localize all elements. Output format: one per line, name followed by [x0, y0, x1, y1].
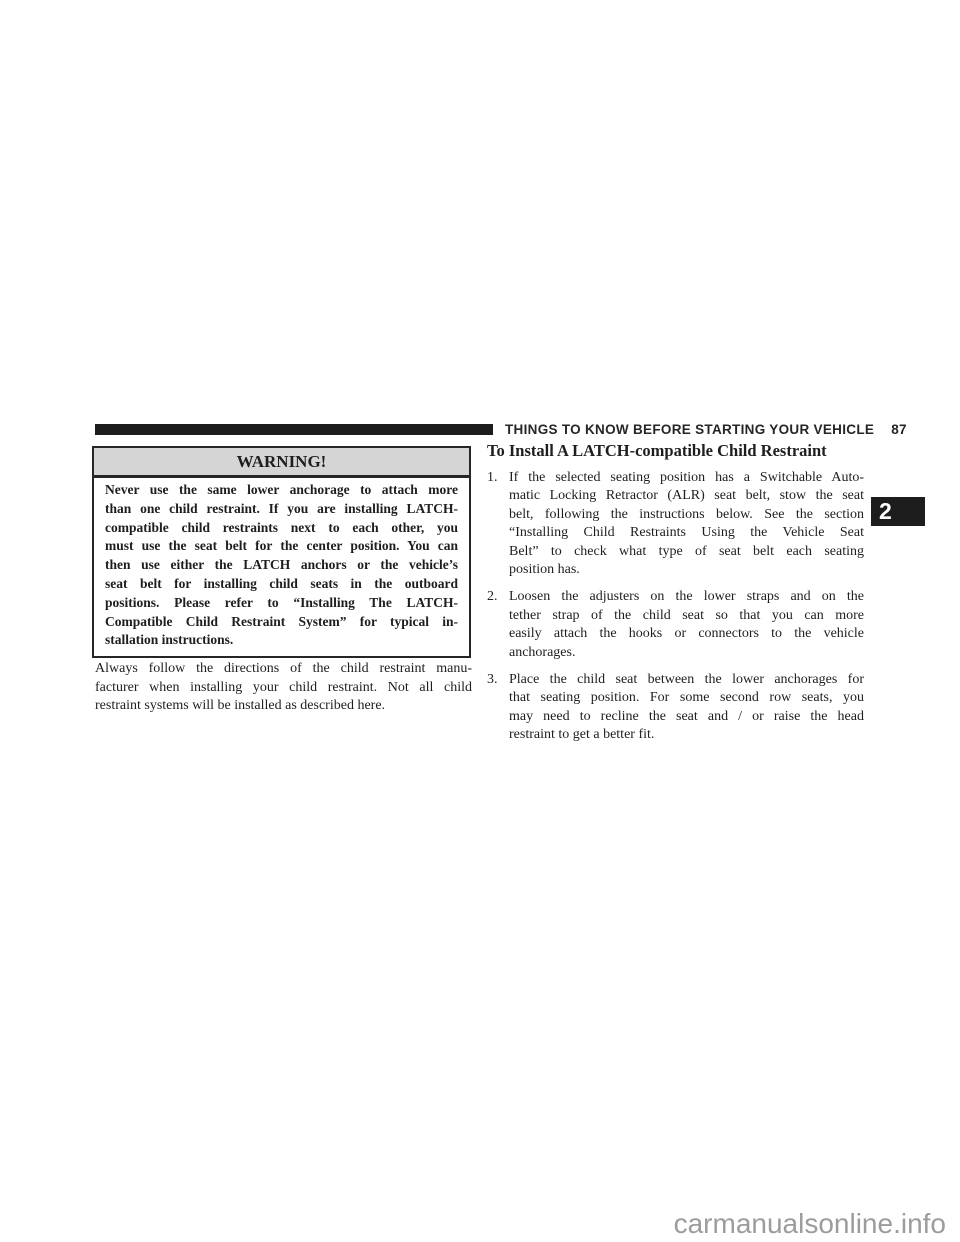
- note-text-line: Always follow the directions of the chil…: [95, 660, 472, 679]
- step-text: Place the child seat between the lower a…: [509, 671, 864, 745]
- warning-box: WARNING! Never use the same lower anchor…: [92, 446, 471, 658]
- step-text-line: Loosen the adjusters on the lower straps…: [509, 588, 864, 606]
- step-text-line: restraint to get a better fit.: [509, 726, 864, 744]
- step-text-line: Belt” to check what type of seat belt ea…: [509, 543, 864, 561]
- note-paragraph: Always follow the directions of the chil…: [95, 660, 472, 716]
- step-text-line: Place the child seat between the lower a…: [509, 671, 864, 689]
- step-text: If the selected seating position has a S…: [509, 469, 864, 579]
- step-text-line: that seating position. For some second r…: [509, 689, 864, 707]
- warning-text-line: stallation instructions.: [105, 631, 458, 650]
- step-number: 2.: [487, 588, 509, 662]
- step-1: 1. If the selected seating position has …: [487, 469, 864, 579]
- step-text-line: position has.: [509, 561, 864, 579]
- watermark-text: carmanualsonline.info: [674, 1208, 946, 1240]
- warning-text-line: than one child restraint. If you are ins…: [105, 500, 458, 519]
- step-text: Loosen the adjusters on the lower straps…: [509, 588, 864, 662]
- warning-text-line: seat belt for installing child seats in …: [105, 575, 458, 594]
- warning-text-line: Compatible Child Restraint System” for t…: [105, 613, 458, 632]
- warning-title: WARNING!: [94, 448, 469, 478]
- step-number: 3.: [487, 671, 509, 745]
- page-number: 87: [891, 422, 907, 437]
- warning-text-line: compatible child restraints next to each…: [105, 519, 458, 538]
- step-number: 1.: [487, 469, 509, 579]
- header-rule: [95, 424, 493, 435]
- step-text-line: If the selected seating position has a S…: [509, 469, 864, 487]
- step-text-line: belt, following the instructions below. …: [509, 506, 864, 524]
- step-text-line: matic Locking Retractor (ALR) seat belt,…: [509, 487, 864, 505]
- manual-page: THINGS TO KNOW BEFORE STARTING YOUR VEHI…: [0, 0, 960, 1242]
- right-column: To Install A LATCH-compatible Child Rest…: [487, 441, 864, 754]
- note-text-line: restraint systems will be installed as d…: [95, 697, 472, 716]
- warning-body: Never use the same lower anchorage to at…: [94, 478, 469, 656]
- note-text-line: facturer when installing your child rest…: [95, 679, 472, 698]
- step-3: 3. Place the child seat between the lowe…: [487, 671, 864, 745]
- step-text-line: anchorages.: [509, 644, 864, 662]
- step-text-line: easily attach the hooks or connectors to…: [509, 625, 864, 643]
- step-text-line: “Installing Child Restraints Using the V…: [509, 524, 864, 542]
- warning-text-line: positions. Please refer to “Installing T…: [105, 594, 458, 613]
- warning-text-line: then use either the LATCH anchors or the…: [105, 556, 458, 575]
- step-text-line: may need to recline the seat and / or ra…: [509, 708, 864, 726]
- chapter-tab: 2: [871, 497, 925, 526]
- running-header-title: THINGS TO KNOW BEFORE STARTING YOUR VEHI…: [505, 422, 874, 437]
- step-2: 2. Loosen the adjusters on the lower str…: [487, 588, 864, 662]
- section-heading: To Install A LATCH-compatible Child Rest…: [487, 441, 864, 461]
- warning-text-line: Never use the same lower anchorage to at…: [105, 481, 458, 500]
- warning-text-line: must use the seat belt for the center po…: [105, 537, 458, 556]
- step-text-line: tether strap of the child seat so that y…: [509, 607, 864, 625]
- running-header: THINGS TO KNOW BEFORE STARTING YOUR VEHI…: [505, 422, 907, 437]
